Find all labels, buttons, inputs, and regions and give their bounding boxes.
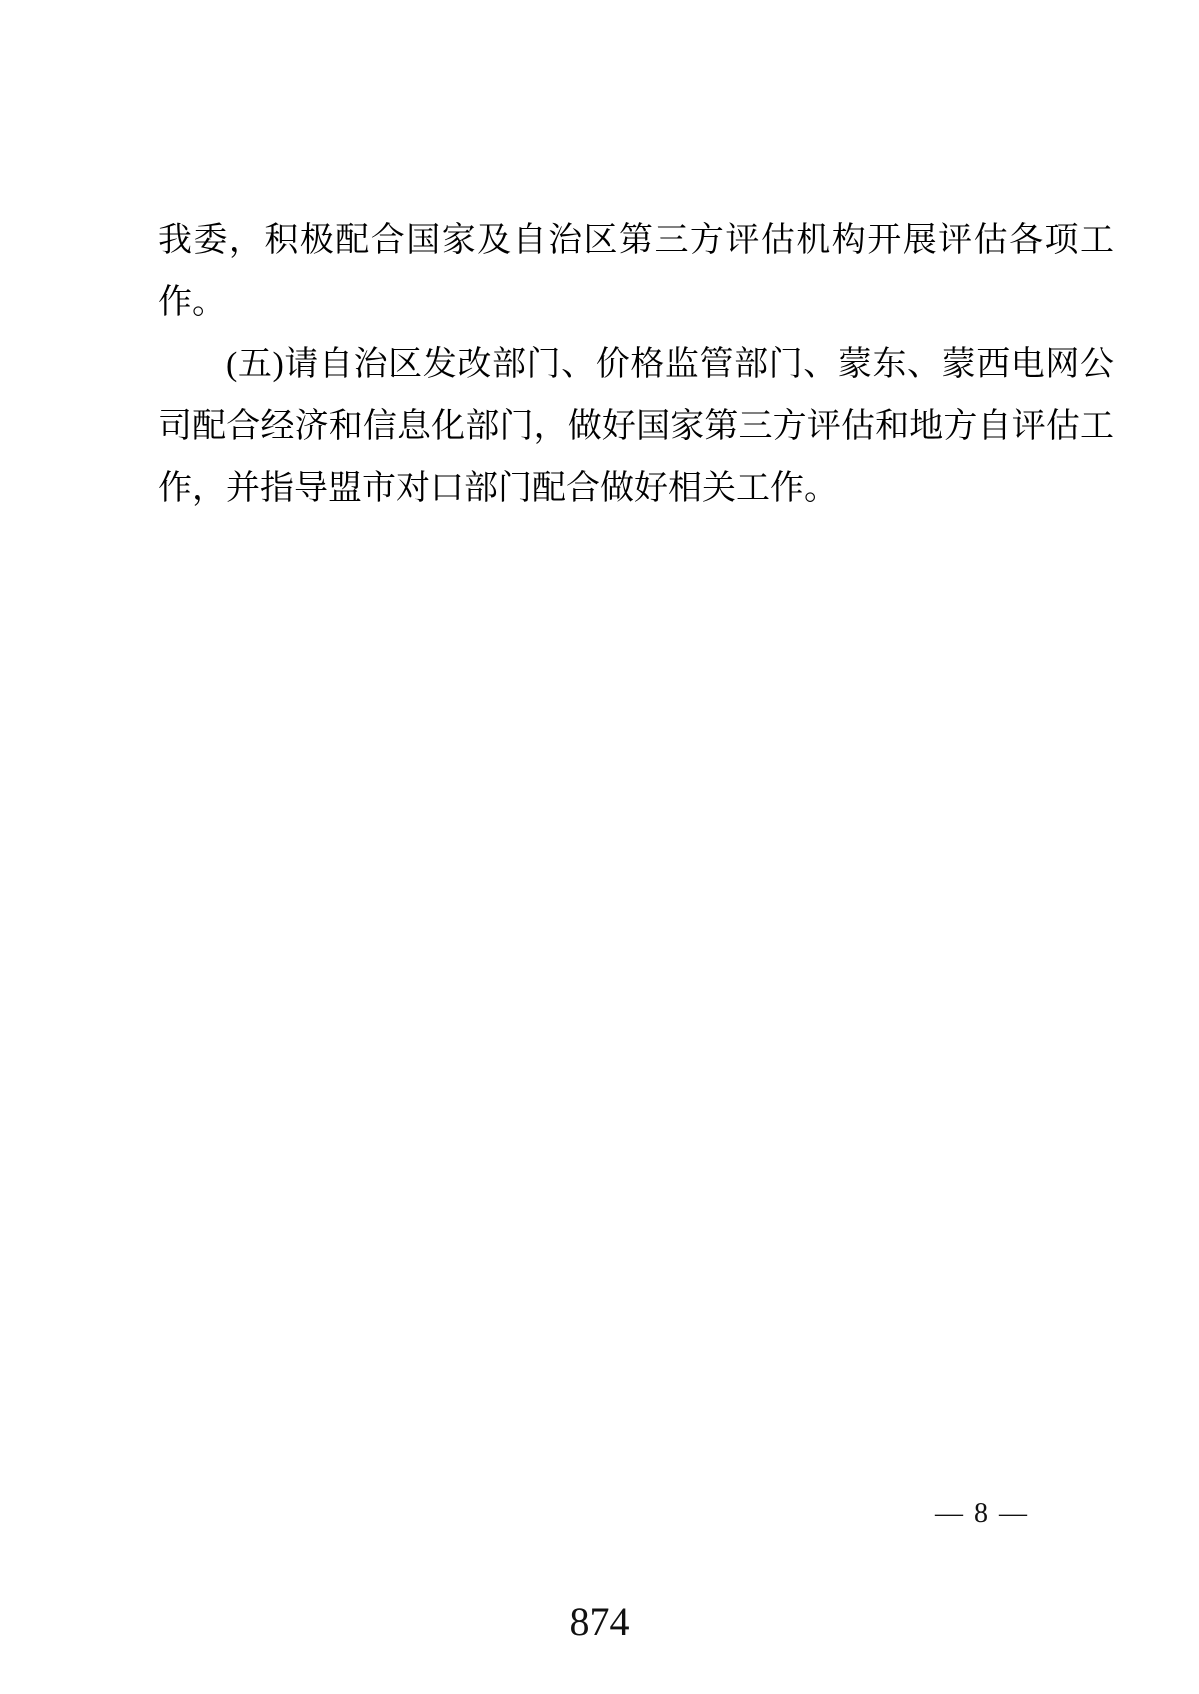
paragraph-1-line-2: 作。 — [158, 272, 1114, 334]
paragraph-2-line-3: 作，并指导盟市对口部门配合做好相关工作。 — [158, 458, 1114, 520]
document-body: 我委，积极配合国家及自治区第三方评估机构开展评估各项工 作。 (五)请自治区发改… — [158, 210, 1114, 520]
page-number: — 8 — — [935, 1498, 1029, 1530]
paragraph-2-line-1: (五)请自治区发改部门、价格监管部门、蒙东、蒙西电网公 — [158, 334, 1114, 396]
document-page: 我委，积极配合国家及自治区第三方评估机构开展评估各项工 作。 (五)请自治区发改… — [0, 0, 1199, 1694]
folio-number: 874 — [0, 1598, 1199, 1645]
paragraph-2-line-2: 司配合经济和信息化部门，做好国家第三方评估和地方自评估工 — [158, 396, 1114, 458]
paragraph-1-line-1: 我委，积极配合国家及自治区第三方评估机构开展评估各项工 — [158, 210, 1114, 272]
